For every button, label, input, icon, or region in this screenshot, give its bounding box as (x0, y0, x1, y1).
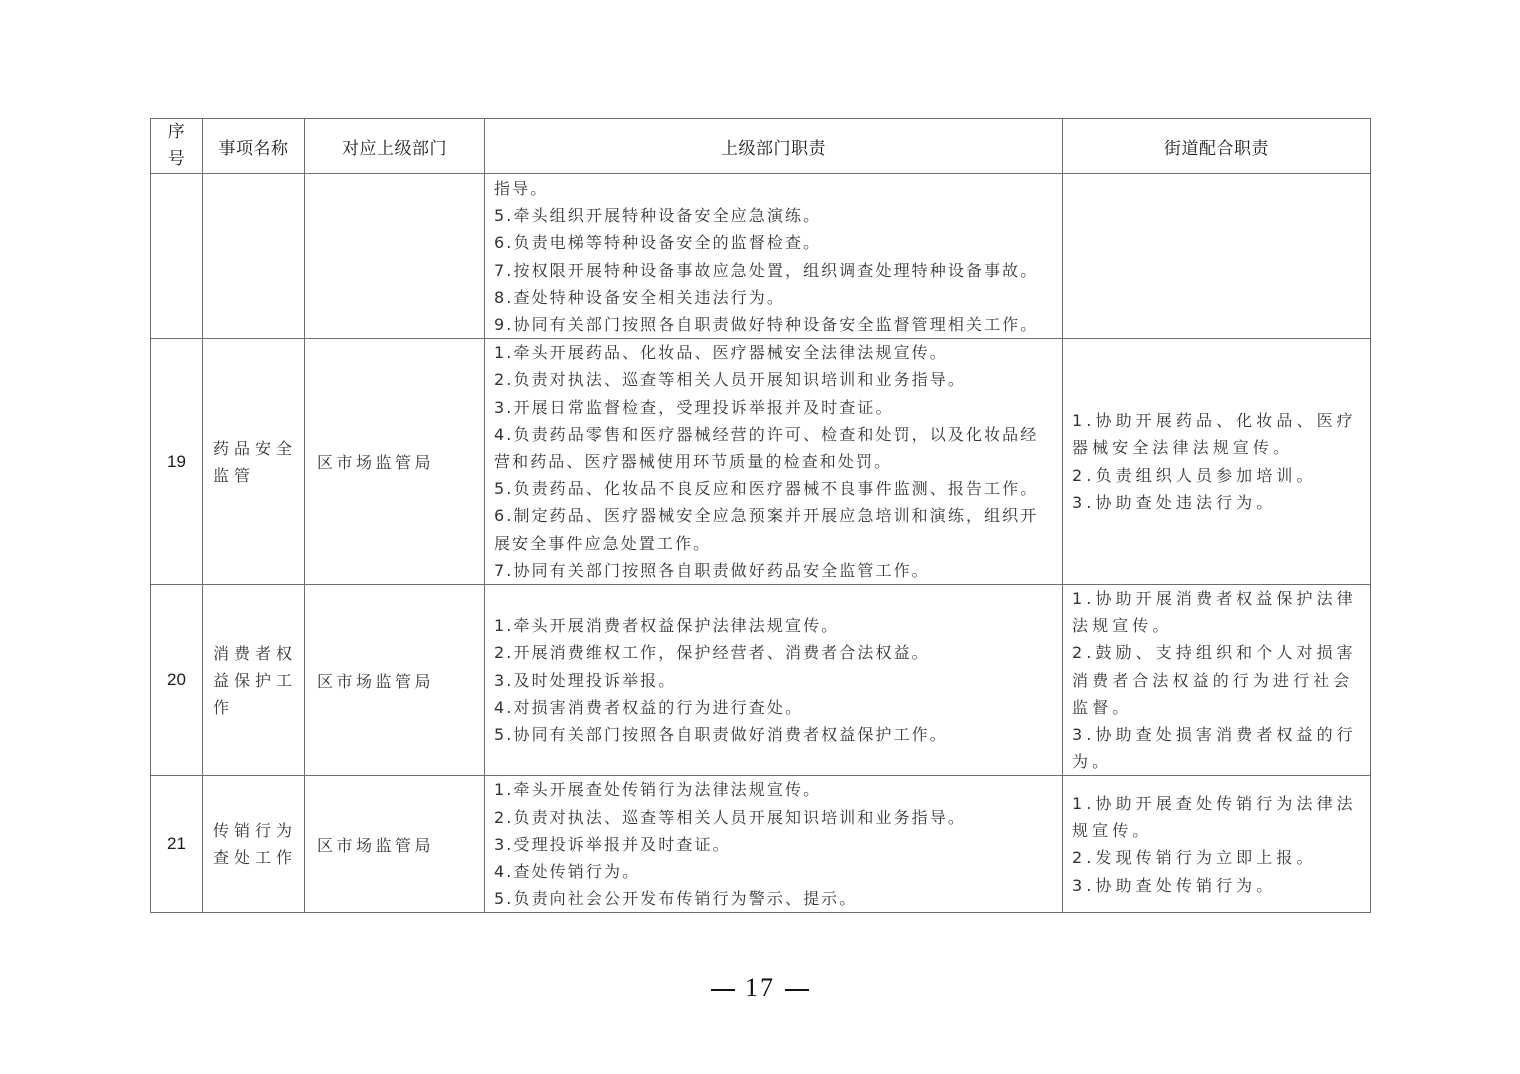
duty-line: 7.协同有关部门按照各自职责做好药品安全监管工作。 (494, 557, 1054, 584)
street-duty-line: 2.发现传销行为立即上报。 (1072, 844, 1364, 871)
duty-line: 3.开展日常监督检查，受理投诉举报并及时查证。 (494, 394, 1054, 421)
row-item-name: 消费者权益保护工作 (203, 585, 305, 776)
duty-line: 7.按权限开展特种设备事故应急处置，组织调查处理特种设备事故。 (494, 257, 1054, 284)
row-item-name: 药品安全监管 (203, 339, 305, 585)
duty-line: 4.负责药品零售和医疗器械经营的许可、检查和处罚，以及化妆品经营和药品、医疗器械… (494, 421, 1054, 475)
row-superior-duties: 指导。 5.牵头组织开展特种设备安全应急演练。 6.负责电梯等特种设备安全的监督… (485, 174, 1063, 339)
row-superior-duties: 1.牵头开展查处传销行为法律法规宣传。 2.负责对执法、巡查等相关人员开展知识培… (485, 776, 1063, 913)
row-no (151, 174, 203, 339)
street-duty-line: 3.协助查处传销行为。 (1072, 872, 1364, 899)
duty-line: 2.负责对执法、巡查等相关人员开展知识培训和业务指导。 (494, 366, 1054, 393)
row-no: 19 (151, 339, 203, 585)
row-street-duties: 1.协助开展药品、化妆品、医疗器械安全法律法规宣传。 2.负责组织人员参加培训。… (1063, 339, 1371, 585)
duty-line: 2.负责对执法、巡查等相关人员开展知识培训和业务指导。 (494, 804, 1054, 831)
duty-line: 3.受理投诉举报并及时查证。 (494, 831, 1054, 858)
duty-line: 1.牵头开展药品、化妆品、医疗器械安全法律法规宣传。 (494, 339, 1054, 366)
header-street-duties: 街道配合职责 (1063, 119, 1371, 174)
duty-line: 5.牵头组织开展特种设备安全应急演练。 (494, 202, 1054, 229)
table-row: 指导。 5.牵头组织开展特种设备安全应急演练。 6.负责电梯等特种设备安全的监督… (151, 174, 1371, 339)
duty-line: 5.负责药品、化妆品不良反应和医疗器械不良事件监测、报告工作。 (494, 475, 1054, 502)
street-duty-line: 2.鼓励、支持组织和个人对损害消费者合法权益的行为进行社会监督。 (1072, 639, 1364, 721)
header-no-line2: 号 (151, 146, 202, 173)
dash-right (785, 989, 809, 991)
row-superior-duties: 1.牵头开展消费者权益保护法律法规宣传。 2.开展消费维权工作，保护经营者、消费… (485, 585, 1063, 776)
page-number-value: 17 (745, 973, 775, 1002)
duty-line: 3.及时处理投诉举报。 (494, 667, 1054, 694)
page-number: 17 (0, 973, 1520, 1003)
header-no: 序 号 (151, 119, 203, 174)
duty-line: 5.协同有关部门按照各自职责做好消费者权益保护工作。 (494, 721, 1054, 748)
duty-line: 8.查处特种设备安全相关违法行为。 (494, 284, 1054, 311)
row-no: 20 (151, 585, 203, 776)
row-no: 21 (151, 776, 203, 913)
duty-line: 9.协同有关部门按照各自职责做好特种设备安全监督管理相关工作。 (494, 311, 1054, 338)
row-superior-dept: 区市场监管局 (305, 776, 485, 913)
header-no-line1: 序 (151, 119, 202, 146)
duty-line: 1.牵头开展查处传销行为法律法规宣传。 (494, 776, 1054, 803)
row-street-duties (1063, 174, 1371, 339)
row-street-duties: 1.协助开展查处传销行为法律法规宣传。 2.发现传销行为立即上报。 3.协助查处… (1063, 776, 1371, 913)
duty-line: 指导。 (494, 175, 1054, 202)
street-duty-line: 2.负责组织人员参加培训。 (1072, 462, 1364, 489)
table-row: 21 传销行为查处工作 区市场监管局 1.牵头开展查处传销行为法律法规宣传。 2… (151, 776, 1371, 913)
row-item-name: 传销行为查处工作 (203, 776, 305, 913)
duty-table: 序 号 事项名称 对应上级部门 上级部门职责 街道配合职责 指导。 5.牵头组织… (150, 118, 1371, 913)
duty-line: 5.负责向社会公开发布传销行为警示、提示。 (494, 885, 1054, 912)
duty-line: 4.对损害消费者权益的行为进行查处。 (494, 694, 1054, 721)
row-item-name (203, 174, 305, 339)
duty-line: 6.制定药品、医疗器械安全应急预案并开展应急培训和演练，组织开展安全事件应急处置… (494, 502, 1054, 556)
duty-line: 6.负责电梯等特种设备安全的监督检查。 (494, 229, 1054, 256)
row-superior-duties: 1.牵头开展药品、化妆品、医疗器械安全法律法规宣传。 2.负责对执法、巡查等相关… (485, 339, 1063, 585)
row-street-duties: 1.协助开展消费者权益保护法律法规宣传。 2.鼓励、支持组织和个人对损害消费者合… (1063, 585, 1371, 776)
row-superior-dept (305, 174, 485, 339)
header-item-name: 事项名称 (203, 119, 305, 174)
dash-left (711, 989, 735, 991)
header-superior-dept: 对应上级部门 (305, 119, 485, 174)
table-row: 20 消费者权益保护工作 区市场监管局 1.牵头开展消费者权益保护法律法规宣传。… (151, 585, 1371, 776)
street-duty-line: 1.协助开展查处传销行为法律法规宣传。 (1072, 790, 1364, 844)
document-page: 序 号 事项名称 对应上级部门 上级部门职责 街道配合职责 指导。 5.牵头组织… (0, 0, 1520, 1074)
header-superior-duties: 上级部门职责 (485, 119, 1063, 174)
street-duty-line: 1.协助开展药品、化妆品、医疗器械安全法律法规宣传。 (1072, 407, 1364, 461)
row-superior-dept: 区市场监管局 (305, 339, 485, 585)
row-superior-dept: 区市场监管局 (305, 585, 485, 776)
table-row: 19 药品安全监管 区市场监管局 1.牵头开展药品、化妆品、医疗器械安全法律法规… (151, 339, 1371, 585)
duty-line: 1.牵头开展消费者权益保护法律法规宣传。 (494, 612, 1054, 639)
duty-line: 2.开展消费维权工作，保护经营者、消费者合法权益。 (494, 639, 1054, 666)
street-duty-line: 1.协助开展消费者权益保护法律法规宣传。 (1072, 585, 1364, 639)
street-duty-line: 3.协助查处损害消费者权益的行为。 (1072, 721, 1364, 775)
table-header-row: 序 号 事项名称 对应上级部门 上级部门职责 街道配合职责 (151, 119, 1371, 174)
duty-line: 4.查处传销行为。 (494, 858, 1054, 885)
street-duty-line: 3.协助查处违法行为。 (1072, 489, 1364, 516)
